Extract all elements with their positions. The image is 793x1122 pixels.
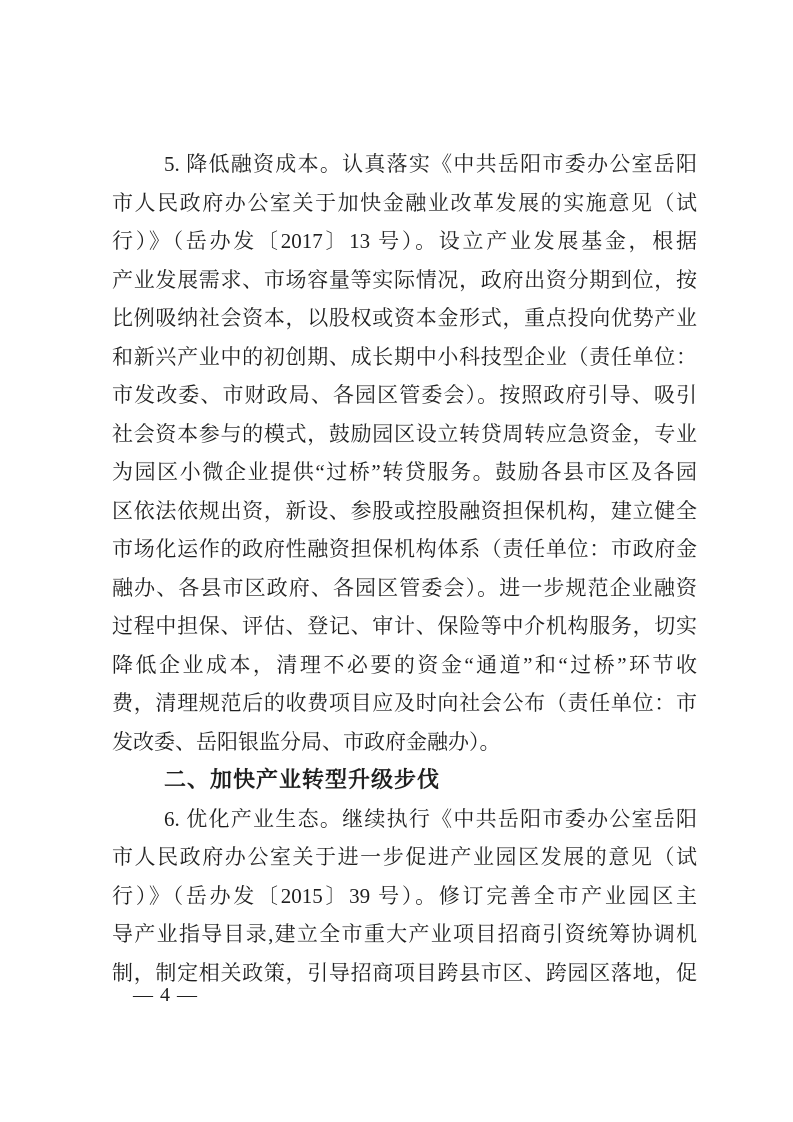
page-number: — 4 — [133, 976, 198, 1015]
document-page: 5. 降低融资成本。认真落实《中共岳阳市委办公室岳阳市人民政府办公室关于加快金融… [0, 0, 793, 1122]
text-line: 市发改委、市财政局、各园区管委会）。按照政府引导、吸引 [112, 376, 697, 415]
text-line: 降低企业成本，清理不必要的资金“通道”和“过桥”环节收 [112, 646, 697, 685]
text-line: 制，制定相关政策，引导招商项目跨县市区、跨园区落地，促 [112, 954, 697, 993]
text-line: 6. 优化产业生态。继续执行《中共岳阳市委办公室岳阳 [112, 800, 697, 839]
text-line: 发改委、岳阳银监分局、市政府金融办）。 [112, 723, 697, 762]
text-line: 和新兴产业中的初创期、成长期中小科技型企业（责任单位： [112, 338, 697, 377]
text-line: 融办、各县市区政府、各园区管委会）。进一步规范企业融资 [112, 569, 697, 608]
text-line: 为园区小微企业提供“过桥”转贷服务。鼓励各县市区及各园 [112, 453, 697, 492]
text-line: 区依法依规出资，新设、参股或控股融资担保机构，建立健全 [112, 492, 697, 531]
text-line: 过程中担保、评估、登记、审计、保险等中介机构服务，切实 [112, 607, 697, 646]
text-line: 导产业指导目录,建立全市重大产业项目招商引资统筹协调机 [112, 915, 697, 954]
text-line: 产业发展需求、市场容量等实际情况，政府出资分期到位，按 [112, 261, 697, 300]
text-line: 5. 降低融资成本。认真落实《中共岳阳市委办公室岳阳 [112, 145, 697, 184]
text-line: 市人民政府办公室关于加快金融业改革发展的实施意见（试 [112, 184, 697, 223]
document-body: 5. 降低融资成本。认真落实《中共岳阳市委办公室岳阳市人民政府办公室关于加快金融… [112, 145, 697, 992]
text-line: 比例吸纳社会资本，以股权或资本金形式，重点投向优势产业 [112, 299, 697, 338]
text-line: 行）》（岳办发〔2017〕13 号）。设立产业发展基金，根据 [112, 222, 697, 261]
text-line: 费，清理规范后的收费项目应及时向社会公布（责任单位：市 [112, 684, 697, 723]
section-2-heading: 二、加快产业转型升级步伐 [112, 761, 697, 800]
text-line: 市场化运作的政府性融资担保机构体系（责任单位：市政府金 [112, 530, 697, 569]
text-line: 行）》（岳办发〔2015〕39 号）。修订完善全市产业园区主 [112, 877, 697, 916]
text-line: 市人民政府办公室关于进一步促进产业园区发展的意见（试 [112, 838, 697, 877]
text-line: 社会资本参与的模式，鼓励园区设立转贷周转应急资金，专业 [112, 415, 697, 454]
